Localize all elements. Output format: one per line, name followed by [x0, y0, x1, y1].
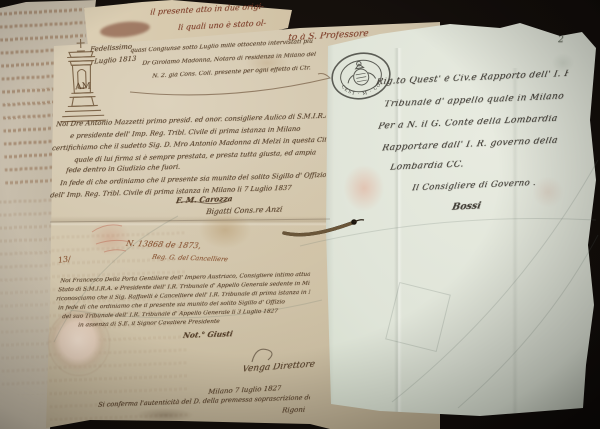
- bleed-through-script-upper: [0, 5, 91, 188]
- margin-number: 13/: [57, 255, 71, 266]
- signature-secondary: Bigatti Cons.re Anzi: [205, 204, 326, 216]
- red-ink-strokes: [92, 225, 130, 252]
- report-line-5: Lombardia CC.: [389, 158, 511, 173]
- docket-registry-line: Reg. G. del Cancelliere: [151, 254, 228, 264]
- attestation-line: Si conferma l'autenticità del D. della p…: [98, 394, 311, 409]
- attest-line-5: del suo Tribunale dell' I.R. Tribunale d…: [62, 308, 303, 321]
- certificate-line-7: dell' Imp. Reg. Tribl. Civile di prima i…: [50, 184, 327, 200]
- certificate-line-3: certifichiamo che il sudetto Sig. D. Mro…: [52, 137, 327, 153]
- left-page-ghost-script: [46, 229, 189, 421]
- side-note-1: quasi Congiunse sotto Luglio mille ottoc…: [130, 38, 326, 55]
- left-page-fold-shading: [44, 216, 444, 226]
- fragment-line-2: li quali uno è stato ol-: [178, 18, 291, 33]
- attestation-name: Rigoni: [282, 407, 306, 416]
- certificate-line-5: fede dentro in Giudizio che fuori.: [66, 163, 217, 175]
- official-round-stamp: · CEST · M · CO ·: [325, 45, 397, 107]
- ink-stain-top: [238, 48, 296, 78]
- ink-stain-yellow: [190, 205, 260, 255]
- watermark-arcs: [0, 0, 600, 429]
- docket-number-line: N. 13868 de 1873,: [125, 240, 202, 251]
- dateline: Milano 7 luglio 1827: [208, 385, 282, 397]
- docket-date: Luglio 1813: [94, 55, 137, 66]
- fragment-line-1: il presente atto in due origi-: [150, 1, 291, 17]
- fragment-line-3: to à S. Professore: [288, 28, 407, 44]
- monument-monogram: AM: [74, 82, 91, 93]
- director-signature: Venga Direttore: [241, 360, 315, 375]
- side-note-3: N. 2. già Cons. Coll. presente per ogni …: [152, 64, 326, 80]
- left-page-fold-line: [50, 219, 330, 222]
- certificate-line-1: Noi Dre Antonio Mazzetti primo presid. e…: [56, 113, 327, 129]
- dark-ink-smear: [99, 19, 150, 39]
- report-line-4: Rapportare dall' I. R. governo della: [381, 136, 580, 155]
- top-fragment: [82, 0, 294, 54]
- right-page: [316, 18, 600, 422]
- right-signature: Bossi: [451, 201, 482, 213]
- under-paper: [0, 0, 100, 429]
- closing-line: Il Consigliere di Governo .: [411, 178, 562, 194]
- certificate-line-4: quale di lui firma si è sempre prestata,…: [74, 149, 325, 164]
- docket-word: Fedelissimo: [90, 44, 132, 55]
- stamp-text: · CEST · M · CO ·: [338, 74, 388, 101]
- right-page-vertical-fold-2: [512, 68, 518, 418]
- director-signature-swirl: [252, 349, 272, 362]
- right-page-number: 2: [558, 36, 564, 46]
- report-line-3: Per a N. il G. Conte della Lombardia: [377, 113, 586, 132]
- side-note-2: Dr Girolamo Madonna, Notaro di residenza…: [142, 51, 326, 67]
- attest-line-4: in fede di che ordiniamo che il presente…: [58, 299, 309, 312]
- side-note-flourish: [130, 74, 330, 95]
- attest-line-2: Stato di S.M.I.R.A. e Presidente dell' I…: [58, 281, 311, 294]
- signature-strikethrough: [176, 201, 228, 204]
- embossed-stamp-faint: [548, 50, 578, 76]
- cross-icon: [77, 39, 85, 48]
- salmon-seal-stain: [338, 158, 390, 218]
- wax-seal-imprint: [48, 310, 110, 376]
- report-line-2: Tribunale d' appello quale in Milano: [383, 92, 584, 111]
- certificate-line-6: In fede di che ordiniamo che il presente…: [60, 172, 327, 188]
- attest-line-1: Noi Francesco Della Porta Gentiliere del…: [60, 272, 311, 285]
- left-page: [44, 20, 444, 429]
- photo-of-archival-manuscripts: il presente atto in due origi- li quali …: [0, 0, 600, 429]
- monument-sketch-drawing: AM: [54, 35, 109, 129]
- right-page-vertical-fold: [394, 48, 402, 418]
- attest-line-3: riconosciamo che il Sig. Raffaelli è Can…: [56, 290, 311, 303]
- bleed-through-script-lower: [0, 194, 72, 395]
- bottom-edge-stain: [128, 406, 202, 424]
- certificate-line-2: e presidente dell' Imp. Reg. Tribl. Civi…: [70, 125, 327, 141]
- faint-seal-stain-right: [528, 172, 568, 212]
- attest-line-6: in assenza di S.E. il Signor Cavaliere P…: [78, 318, 269, 329]
- clerk-signature: Not.° Giusti: [182, 330, 233, 340]
- crowned-eagle-emblem: [345, 59, 377, 87]
- photo-vignette: [0, 0, 600, 429]
- svg-text:· CEST · M · CO ·: · CEST · M · CO ·: [338, 74, 388, 101]
- report-line-1: Rig.to Quest' è Civ.e Rapporto dell' I. …: [375, 70, 568, 88]
- red-ink-smudge: [82, 214, 138, 262]
- binding-thread: [0, 0, 600, 429]
- under-paper-fade: [0, 0, 100, 429]
- signature-primary: F. M. Carozza: [175, 195, 233, 205]
